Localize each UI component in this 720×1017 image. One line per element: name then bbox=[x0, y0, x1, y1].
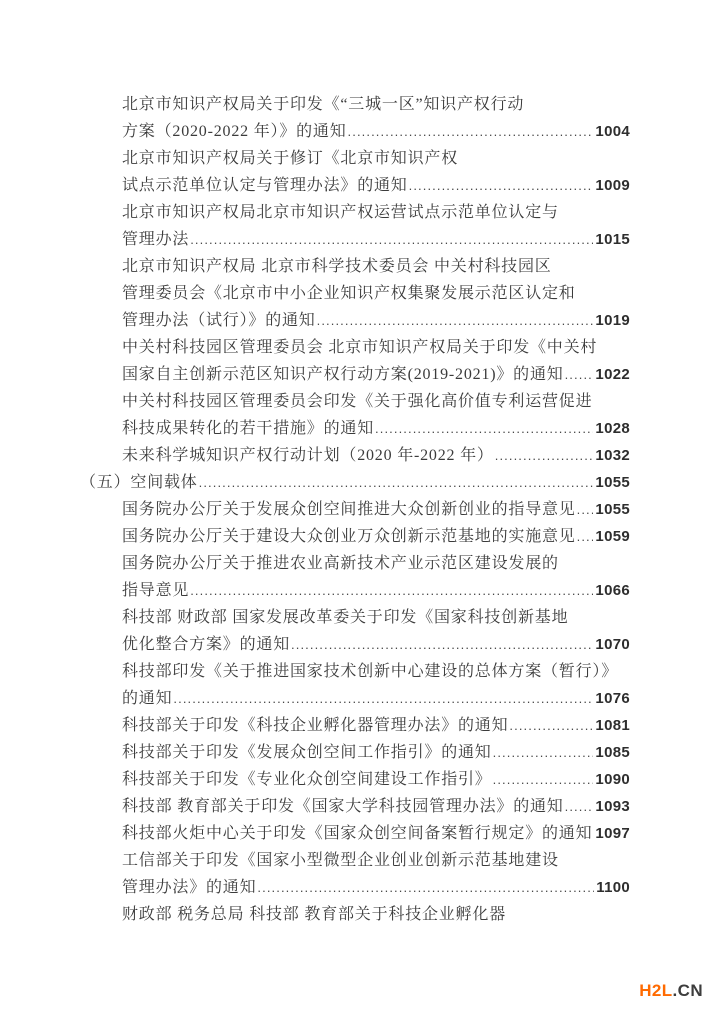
toc-page-number: 1085 bbox=[595, 744, 630, 761]
dot-leader: ........................................… bbox=[348, 124, 594, 139]
toc-entry-text: 管理办法》的通知 bbox=[122, 874, 256, 897]
toc-page-number: 1009 bbox=[595, 177, 630, 194]
toc-entry-text: 方案（2020-2022 年）》的通知 bbox=[122, 118, 347, 141]
toc-row: 国务院办公厅关于推进农业高新技术产业示范区建设发展的 bbox=[80, 550, 630, 577]
toc-page-number: 1059 bbox=[595, 528, 630, 545]
dot-leader: ........................................… bbox=[375, 421, 593, 436]
toc-row: 北京市知识产权局关于印发《“三城一区”知识产权行动 bbox=[80, 91, 630, 118]
toc-row: 北京市知识产权局北京市知识产权运营试点示范单位认定与 bbox=[80, 199, 630, 226]
toc-row: 科技部 财政部 国家发展改革委关于印发《国家科技创新基地 bbox=[80, 604, 630, 631]
toc-page-number: 1055 bbox=[595, 501, 630, 518]
dot-leader: ........................................… bbox=[565, 367, 594, 382]
toc-page-number: 1055 bbox=[595, 474, 630, 491]
toc-entry-text: 科技部关于印发《发展众创空间工作指引》的通知 bbox=[122, 739, 492, 762]
dot-leader: ........................................… bbox=[493, 745, 594, 760]
toc-row: 科技部 教育部关于印发《国家大学科技园管理办法》的通知 ............… bbox=[80, 793, 630, 820]
dot-leader: ........................................… bbox=[577, 529, 594, 544]
toc-entry-text: （五）空间载体 bbox=[80, 469, 198, 492]
toc-entry-text: 优化整合方案》的通知 bbox=[122, 631, 290, 654]
toc-row: 管理办法》的通知 ...............................… bbox=[80, 874, 630, 901]
toc-row: 中关村科技园区管理委员会 北京市知识产权局关于印发《中关村 bbox=[80, 334, 630, 361]
toc-row: 管理办法 ...................................… bbox=[80, 226, 630, 253]
toc-page-number: 1015 bbox=[595, 231, 630, 248]
toc-row: 北京市知识产权局关于修订《北京市知识产权 bbox=[80, 145, 630, 172]
toc-page-number: 1004 bbox=[595, 123, 630, 140]
toc-row: 国务院办公厅关于发展众创空间推进大众创新创业的指导意见 ............… bbox=[80, 496, 630, 523]
dot-leader: ........................................… bbox=[291, 637, 593, 652]
watermark-brand: H2L bbox=[639, 981, 672, 1000]
toc-row: 管理委员会《北京市中小企业知识产权集聚发展示范区认定和 bbox=[80, 280, 630, 307]
toc-row: 未来科学城知识产权行动计划（2020 年-2022 年） ...........… bbox=[80, 442, 630, 469]
toc-entry-text: 北京市知识产权局关于修订《北京市知识产权 bbox=[122, 145, 458, 168]
dot-leader: ........................................… bbox=[509, 718, 593, 733]
toc-row: 的通知 ....................................… bbox=[80, 685, 630, 712]
toc-row: 优化整合方案》的通知 .............................… bbox=[80, 631, 630, 658]
toc-entry-text: 财政部 税务总局 科技部 教育部关于科技企业孵化器 bbox=[122, 901, 506, 924]
toc-row: 方案（2020-2022 年）》的通知 ....................… bbox=[80, 118, 630, 145]
toc-entry-text: 国务院办公厅关于发展众创空间推进大众创新创业的指导意见 bbox=[122, 496, 576, 519]
toc-page-number: 1093 bbox=[595, 798, 630, 815]
toc-row: 财政部 税务总局 科技部 教育部关于科技企业孵化器 bbox=[80, 901, 630, 928]
toc-entry-text: 科技成果转化的若干措施》的通知 bbox=[122, 415, 374, 438]
toc-entry-text: 的通知 bbox=[122, 685, 172, 708]
toc-entry-text: 未来科学城知识产权行动计划（2020 年-2022 年） bbox=[122, 442, 494, 465]
toc-entry-text: 国务院办公厅关于推进农业高新技术产业示范区建设发展的 bbox=[122, 550, 559, 573]
dot-leader: ........................................… bbox=[493, 772, 594, 787]
toc-entry-text: 北京市知识产权局北京市知识产权运营试点示范单位认定与 bbox=[122, 199, 559, 222]
toc-entry-text: 科技部关于印发《专业化众创空间建设工作指引》 bbox=[122, 766, 492, 789]
toc-row: 科技部关于印发《专业化众创空间建设工作指引》 .................… bbox=[80, 766, 630, 793]
toc-entry-text: 北京市知识产权局关于印发《“三城一区”知识产权行动 bbox=[122, 91, 524, 114]
toc-page-number: 1081 bbox=[595, 717, 630, 734]
dot-leader: ........................................… bbox=[199, 475, 594, 490]
toc-row: 国家自主创新示范区知识产权行动方案(2019-2021)》的通知 .......… bbox=[80, 361, 630, 388]
toc-row: 中关村科技园区管理委员会印发《关于强化高价值专利运营促进 bbox=[80, 388, 630, 415]
toc-entry-text: 国务院办公厅关于建设大众创业万众创新示范基地的实施意见 bbox=[122, 523, 576, 546]
toc-entry-text: 管理委员会《北京市中小企业知识产权集聚发展示范区认定和 bbox=[122, 280, 576, 303]
dot-leader: ........................................… bbox=[577, 502, 594, 517]
toc-page-number: 1019 bbox=[595, 312, 630, 329]
toc-row: 科技部关于印发《科技企业孵化器管理办法》的通知 ................… bbox=[80, 712, 630, 739]
toc-entry-text: 科技部 教育部关于印发《国家大学科技园管理办法》的通知 bbox=[122, 793, 564, 816]
dot-leader: ........................................… bbox=[565, 799, 594, 814]
toc-page-number: 1076 bbox=[595, 690, 630, 707]
toc-page-number: 1032 bbox=[595, 447, 630, 464]
toc-entry-text: 中关村科技园区管理委员会 北京市知识产权局关于印发《中关村 bbox=[122, 334, 597, 357]
toc-page-number: 1090 bbox=[595, 771, 630, 788]
dot-leader: ........................................… bbox=[190, 583, 593, 598]
toc-row: 科技部火炬中心关于印发《国家众创空间备案暂行规定》的通知 ...........… bbox=[80, 820, 630, 847]
toc-page-number: 1100 bbox=[596, 879, 630, 896]
toc-entry-text: 科技部火炬中心关于印发《国家众创空间备案暂行规定》的通知 bbox=[122, 820, 592, 843]
toc-page-number: 1066 bbox=[595, 582, 630, 599]
toc-entry-text: 管理办法（试行）》的通知 bbox=[122, 307, 316, 330]
toc-entry-text: 中关村科技园区管理委员会印发《关于强化高价值专利运营促进 bbox=[122, 388, 592, 411]
toc-row: 科技部关于印发《发展众创空间工作指引》的通知 .................… bbox=[80, 739, 630, 766]
toc-page-number: 1070 bbox=[595, 636, 630, 653]
toc-page-number: 1022 bbox=[595, 366, 630, 383]
toc-entry-text: 国家自主创新示范区知识产权行动方案(2019-2021)》的通知 bbox=[122, 361, 564, 384]
toc-page-number: 1097 bbox=[595, 825, 630, 842]
toc-entry-text: 科技部关于印发《科技企业孵化器管理办法》的通知 bbox=[122, 712, 508, 735]
toc-row: 工信部关于印发《国家小型微型企业创业创新示范基地建设 bbox=[80, 847, 630, 874]
toc-row: 试点示范单位认定与管理办法》的通知 ......................… bbox=[80, 172, 630, 199]
dot-leader: ........................................… bbox=[190, 232, 593, 247]
toc-entry-text: 管理办法 bbox=[122, 226, 189, 249]
toc-row: （五）空间载体 ................................… bbox=[80, 469, 630, 496]
watermark-suffix: .CN bbox=[673, 981, 703, 1000]
toc-row: 北京市知识产权局 北京市科学技术委员会 中关村科技园区 bbox=[80, 253, 630, 280]
toc-entry-text: 指导意见 bbox=[122, 577, 189, 600]
toc-entry-text: 北京市知识产权局 北京市科学技术委员会 中关村科技园区 bbox=[122, 253, 552, 276]
dot-leader: ........................................… bbox=[409, 178, 594, 193]
toc-row: 科技成果转化的若干措施》的通知 ........................… bbox=[80, 415, 630, 442]
toc-page-number: 1028 bbox=[595, 420, 630, 437]
toc-entry-text: 科技部 财政部 国家发展改革委关于印发《国家科技创新基地 bbox=[122, 604, 568, 627]
dot-leader: ........................................… bbox=[495, 448, 594, 463]
dot-leader: ........................................… bbox=[317, 313, 594, 328]
dot-leader: ........................................… bbox=[257, 880, 594, 895]
watermark: H2L.CN bbox=[639, 981, 703, 1001]
toc-row: 国务院办公厅关于建设大众创业万众创新示范基地的实施意见 ............… bbox=[80, 523, 630, 550]
toc-row: 管理办法（试行）》的通知 ...........................… bbox=[80, 307, 630, 334]
toc-row: 指导意见 ...................................… bbox=[80, 577, 630, 604]
toc-entry-text: 工信部关于印发《国家小型微型企业创业创新示范基地建设 bbox=[122, 847, 559, 870]
toc-entry-text: 科技部印发《关于推进国家技术创新中心建设的总体方案（暂行）》 bbox=[122, 658, 618, 681]
document-page: 北京市知识产权局关于印发《“三城一区”知识产权行动 方案（2020-2022 年… bbox=[0, 0, 720, 1017]
dot-leader: ........................................… bbox=[173, 691, 593, 706]
toc-entry-text: 试点示范单位认定与管理办法》的通知 bbox=[122, 172, 408, 195]
toc-list: 北京市知识产权局关于印发《“三城一区”知识产权行动 方案（2020-2022 年… bbox=[80, 91, 630, 928]
toc-row: 科技部印发《关于推进国家技术创新中心建设的总体方案（暂行）》 bbox=[80, 658, 630, 685]
